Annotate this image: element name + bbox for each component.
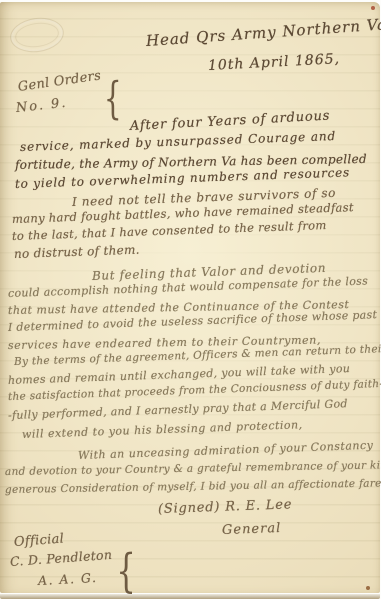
red-speck-bottom (366, 586, 370, 590)
signature-rank: General (222, 521, 282, 538)
certification-brace: { (116, 545, 136, 599)
certification-title: A. A. G. (38, 570, 98, 588)
order-brace: { (104, 74, 122, 125)
paper-bottom-edge-shadow (0, 594, 380, 599)
document-scan: Head Qrs Army Northern Va 10th April 186… (0, 0, 381, 599)
red-speck-top (371, 6, 375, 10)
